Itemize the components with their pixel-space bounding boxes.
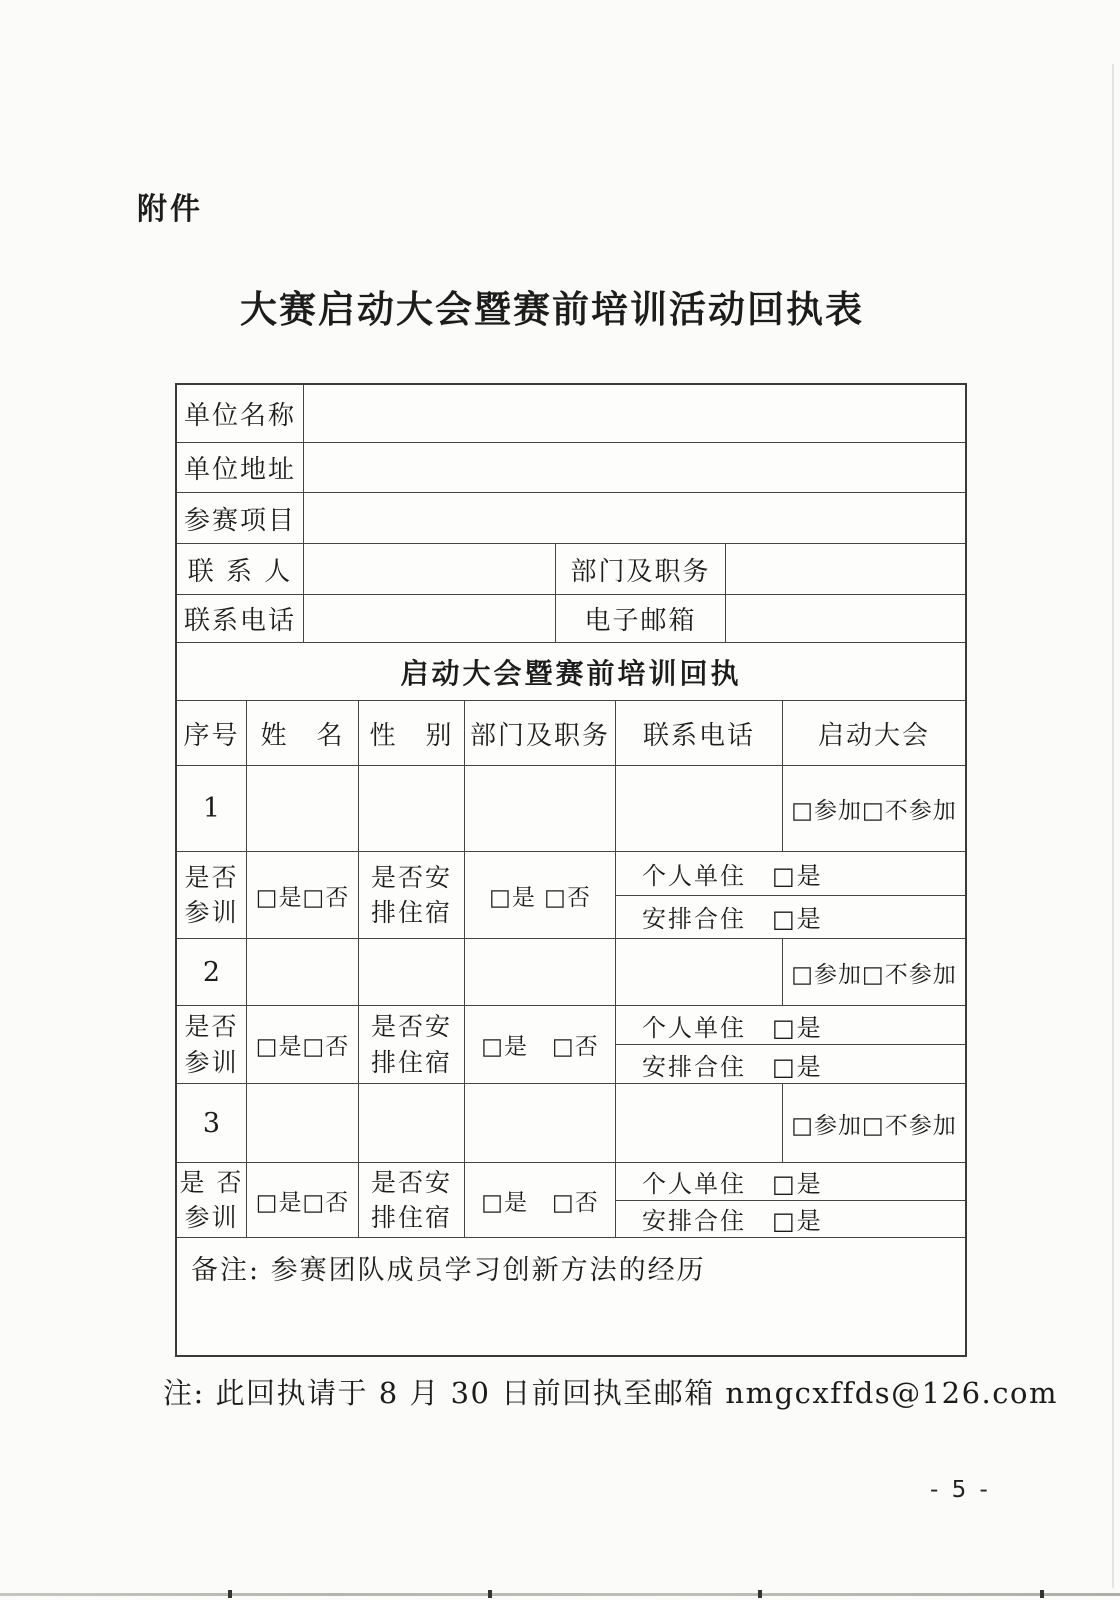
entry-1-training-label-line2: 参训	[184, 895, 238, 931]
entry-1-gender-cell	[359, 766, 465, 851]
entry-1-phone-cell	[616, 766, 783, 851]
entry-3-training-row: 是 否 参训 □是□否 是否安 排住宿 □是 □否 个人单住 □是 安排合住 □…	[177, 1163, 965, 1238]
entry-2-dept-cell	[465, 939, 616, 1005]
entry-3-lodging-label: 是否安 排住宿	[359, 1163, 465, 1237]
entry-3-index: 3	[177, 1084, 247, 1162]
dept-value-cell	[726, 544, 965, 594]
entry-2-lodging-checkboxes: □是 □否	[465, 1006, 616, 1083]
project-label: 参赛项目	[177, 493, 304, 543]
scan-artifact-right-edge	[1112, 64, 1114, 1588]
entry-2-gender-cell	[359, 939, 465, 1005]
entry-3-row: 3 □参加□不参加	[177, 1084, 965, 1163]
entry-3-launch-checkboxes: □参加□不参加	[783, 1084, 965, 1162]
entry-3-dept-cell	[465, 1084, 616, 1162]
row-contact: 联 系 人 部门及职务	[177, 544, 965, 595]
entry-1-shared-room-checkbox: 安排合住 □是	[616, 896, 965, 939]
entry-3-lodging-checkboxes: □是 □否	[465, 1163, 616, 1237]
page-number: - 5 -	[930, 1477, 991, 1503]
entry-1-lodging-label-line2: 排住宿	[371, 895, 452, 931]
entry-1-training-row: 是否 参训 □是□否 是否安 排住宿 □是 □否 个人单住 □是 安排合住 □是	[177, 852, 965, 939]
entry-3-training-checkboxes: □是□否	[247, 1163, 359, 1237]
entry-3-training-label-line2: 参训	[184, 1200, 238, 1236]
entry-2-row: 2 □参加□不参加	[177, 939, 965, 1006]
scan-artifact-tick	[488, 1590, 492, 1598]
unit-name-value-cell	[304, 385, 965, 442]
scan-artifact-tick	[228, 1590, 232, 1598]
entry-1-index: 1	[177, 766, 247, 851]
unit-name-label: 单位名称	[177, 385, 304, 442]
phone-label: 联系电话	[177, 595, 304, 642]
col-header-phone: 联系电话	[616, 701, 783, 765]
entry-3-training-label-line1: 是 否	[180, 1165, 244, 1201]
reply-form-table: 单位名称 单位地址 参赛项目 联 系 人 部门及职务 联系电话 电子邮箱	[175, 383, 967, 1357]
phone-value-cell	[304, 595, 556, 642]
entry-3-phone-cell	[616, 1084, 783, 1162]
col-header-launch: 启动大会	[783, 701, 965, 765]
entry-1-training-checkboxes: □是□否	[247, 852, 359, 938]
footer-note: 注: 此回执请于 8 月 30 日前回执至邮箱 nmgcxffds@126.co…	[163, 1371, 1058, 1412]
attachment-label: 附件	[137, 184, 203, 228]
entry-1-row: 1 □参加□不参加	[177, 766, 965, 852]
entry-3-single-room-checkbox: 个人单住 □是	[616, 1163, 965, 1201]
col-header-dept: 部门及职务	[465, 701, 616, 765]
entry-2-lodging-label: 是否安 排住宿	[359, 1006, 465, 1083]
row-unit-name: 单位名称	[177, 385, 965, 443]
document-page: 附件 大赛启动大会暨赛前培训活动回执表 单位名称 单位地址 参赛项目 联 系 人…	[0, 0, 1120, 1600]
entry-1-single-room-checkbox: 个人单住 □是	[616, 852, 965, 896]
dept-label: 部门及职务	[556, 544, 726, 594]
row-remark: 备注: 参赛团队成员学习创新方法的经历	[177, 1238, 965, 1355]
entry-1-training-label: 是否 参训	[177, 852, 247, 938]
email-label: 电子邮箱	[556, 595, 726, 642]
entry-1-lodging-label: 是否安 排住宿	[359, 852, 465, 938]
entry-2-training-label-line1: 是否	[184, 1009, 238, 1045]
entry-2-lodging-label-line1: 是否安	[371, 1009, 452, 1045]
entry-1-name-cell	[247, 766, 359, 851]
row-column-headers: 序号 姓 名 性 别 部门及职务 联系电话 启动大会	[177, 701, 965, 766]
entry-3-lodging-label-line1: 是否安	[371, 1165, 452, 1201]
entry-2-training-row: 是否 参训 □是□否 是否安 排住宿 □是 □否 个人单住 □是 安排合住 □是	[177, 1006, 965, 1084]
entry-2-training-label: 是否 参训	[177, 1006, 247, 1083]
entry-3-gender-cell	[359, 1084, 465, 1162]
section-header: 启动大会暨赛前培训回执	[177, 643, 965, 700]
scan-artifact-tick	[1040, 1590, 1044, 1598]
entry-3-lodging-label-line2: 排住宿	[371, 1200, 452, 1236]
row-section-header: 启动大会暨赛前培训回执	[177, 643, 965, 701]
col-header-name: 姓 名	[247, 701, 359, 765]
unit-address-label: 单位地址	[177, 443, 304, 492]
contact-label: 联 系 人	[177, 544, 304, 594]
entry-2-name-cell	[247, 939, 359, 1005]
entry-2-shared-room-checkbox: 安排合住 □是	[616, 1045, 965, 1083]
entry-1-launch-checkboxes: □参加□不参加	[783, 766, 965, 851]
entry-2-index: 2	[177, 939, 247, 1005]
unit-address-value-cell	[304, 443, 965, 492]
scan-artifact-tick	[758, 1590, 762, 1598]
row-phone: 联系电话 电子邮箱	[177, 595, 965, 643]
entry-2-launch-checkboxes: □参加□不参加	[783, 939, 965, 1005]
scan-artifact-bottom-line	[0, 1593, 1120, 1596]
entry-2-room-options: 个人单住 □是 安排合住 □是	[616, 1006, 965, 1083]
entry-3-room-options: 个人单住 □是 安排合住 □是	[616, 1163, 965, 1237]
entry-2-lodging-label-line2: 排住宿	[371, 1045, 452, 1081]
entry-1-training-label-line1: 是否	[184, 860, 238, 896]
entry-1-dept-cell	[465, 766, 616, 851]
email-value-cell	[726, 595, 965, 642]
contact-value-cell	[304, 544, 556, 594]
entry-1-lodging-label-line1: 是否安	[371, 860, 452, 896]
col-header-index: 序号	[177, 701, 247, 765]
col-header-gender: 性 别	[359, 701, 465, 765]
entry-3-shared-room-checkbox: 安排合住 □是	[616, 1201, 965, 1238]
page-title: 大赛启动大会暨赛前培训活动回执表	[0, 279, 1104, 333]
entry-2-single-room-checkbox: 个人单住 □是	[616, 1006, 965, 1045]
entry-1-lodging-checkboxes: □是 □否	[465, 852, 616, 938]
entry-1-room-options: 个人单住 □是 安排合住 □是	[616, 852, 965, 938]
project-value-cell	[304, 493, 965, 543]
entry-3-name-cell	[247, 1084, 359, 1162]
entry-2-training-checkboxes: □是□否	[247, 1006, 359, 1083]
entry-3-training-label: 是 否 参训	[177, 1163, 247, 1237]
entry-2-phone-cell	[616, 939, 783, 1005]
row-unit-address: 单位地址	[177, 443, 965, 493]
remark-text: 备注: 参赛团队成员学习创新方法的经历	[177, 1238, 965, 1355]
row-project: 参赛项目	[177, 493, 965, 544]
entry-2-training-label-line2: 参训	[184, 1045, 238, 1081]
